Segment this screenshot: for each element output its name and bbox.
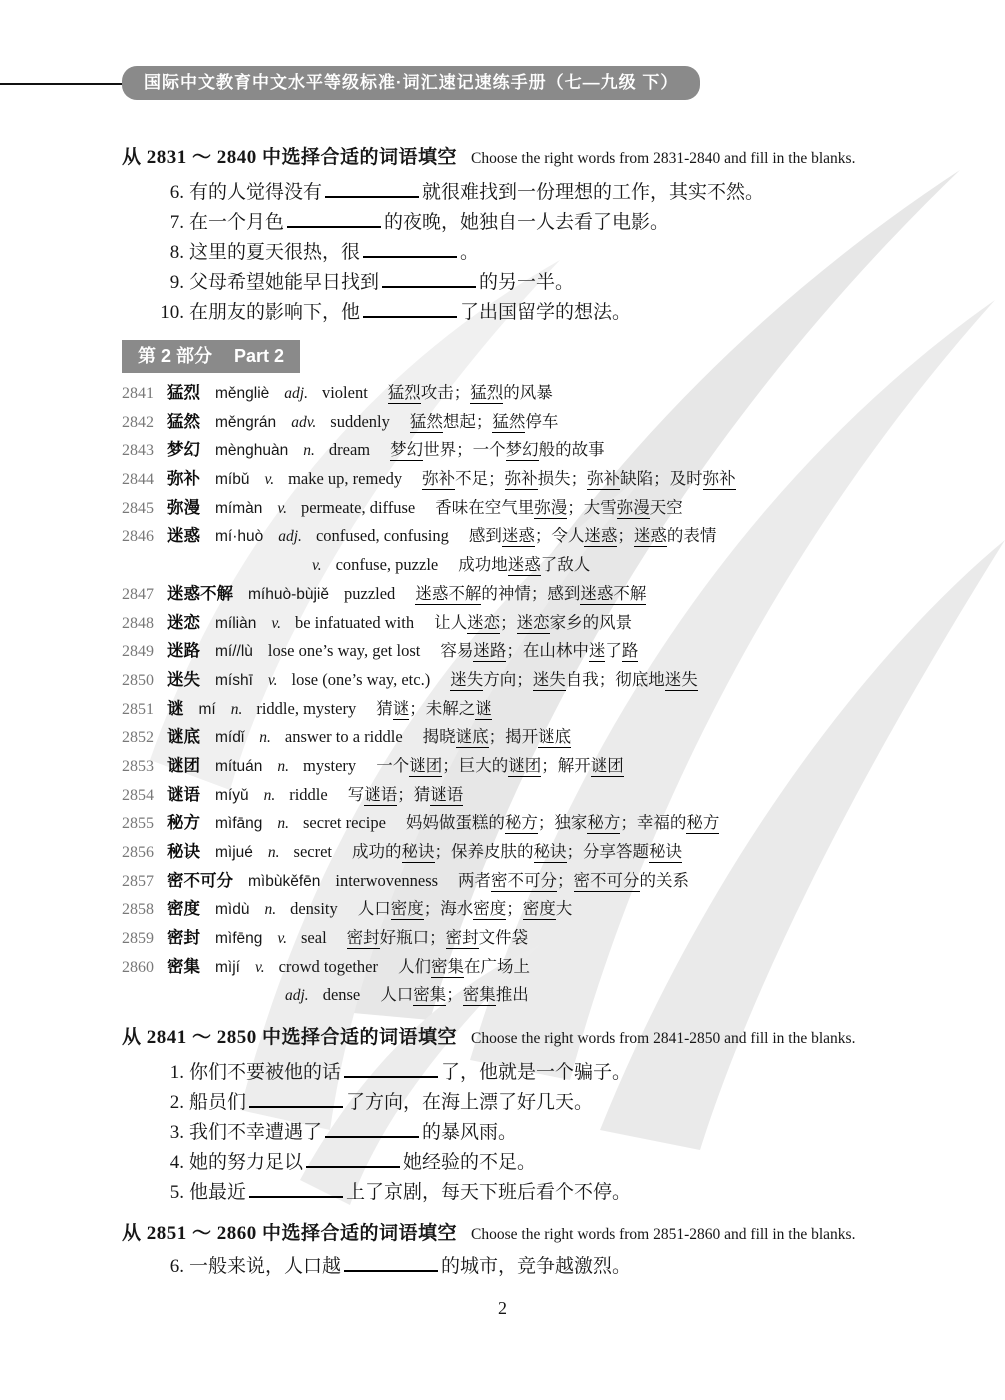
underlined-headword: 迷恋 <box>467 613 500 634</box>
entry-number: 2845 <box>122 500 154 517</box>
entry-english: answer to a riddle <box>285 727 403 746</box>
entry-headword: 猛然 <box>167 413 200 431</box>
entry-pos: v. <box>277 930 287 947</box>
entry-number: 2846 <box>122 528 154 545</box>
entry-english: be infatuated with <box>295 613 414 632</box>
entry-number: 2844 <box>122 471 154 488</box>
underlined-headword: 秘诀 <box>649 842 682 863</box>
underlined-headword: 谜底 <box>538 727 571 748</box>
exercise1-items: 6.有的人觉得没有就很难找到一份理想的工作，其实不然。7.在一个月色的夜晚，她独… <box>122 178 952 328</box>
entry-examples: 成功的秘诀；保养皮肤的秘诀；分享答题秘诀 <box>352 842 682 863</box>
entry-pinyin: mídǐ <box>215 729 244 746</box>
exercise-item: 2.船员们了方向，在海上漂了好几天。 <box>122 1088 952 1118</box>
entry-pinyin: míyǔ <box>215 787 249 804</box>
underlined-headword: 迷惑 <box>634 526 667 547</box>
entry-english: secret <box>294 842 332 861</box>
entry-headword: 密不可分 <box>167 872 233 890</box>
entry-examples: 弥补不足；弥补损失；弥补缺陷；及时弥补 <box>422 469 736 490</box>
entry-pinyin: míliàn <box>215 615 256 632</box>
entry-headword: 梦幻 <box>167 441 200 459</box>
vocab-row: 2855秘方mìfāngn.secret recipe妈妈做蛋糕的秘方；独家秘方… <box>122 809 992 838</box>
answer-blank <box>344 1062 438 1078</box>
entry-headword: 弥漫 <box>167 499 200 517</box>
entry-english: puzzled <box>344 584 395 603</box>
entry-examples: 写谜语；猜谜语 <box>348 785 464 806</box>
exercise-item-text: 你们不要被他的话了，他就是一个骗子。 <box>189 1062 631 1083</box>
entry-pos: adj. <box>284 385 308 402</box>
entry-examples: 让人迷恋；迷恋家乡的风景 <box>434 613 632 634</box>
entry-number: 2857 <box>122 873 154 890</box>
entry-headword: 迷恋 <box>167 614 200 632</box>
exercise-item-number: 10. <box>122 298 184 328</box>
underlined-headword: 密不可分 <box>491 871 557 892</box>
underlined-headword: 猛然 <box>492 412 525 433</box>
entry-pinyin: měngrán <box>215 414 276 431</box>
underlined-headword: 密不可分 <box>574 871 640 892</box>
underlined-headword: 梦幻 <box>390 440 423 461</box>
entry-examples: 人们密集在广场上 <box>398 957 530 978</box>
entry-pinyin: mímàn <box>215 500 262 517</box>
entry-pinyin: míbǔ <box>215 471 249 488</box>
entry-headword: 密集 <box>167 958 200 976</box>
exercise-item: 9.父母希望她能早日找到的另一半。 <box>122 268 952 298</box>
underlined-headword: 密封 <box>347 928 380 949</box>
entry-pinyin: měngliè <box>215 385 269 402</box>
entry-pinyin: mí//lù <box>215 643 253 660</box>
underlined-headword: 谜语 <box>430 785 463 806</box>
entry-examples: 梦幻世界；一个梦幻般的故事 <box>390 440 605 461</box>
entry-number: 2847 <box>122 586 154 603</box>
entry-headword: 迷失 <box>167 671 200 689</box>
answer-blank <box>249 1092 343 1108</box>
exercise-item-number: 6. <box>122 178 184 208</box>
entry-pos: n. <box>277 815 289 832</box>
entry-examples: 感到迷惑；令人迷惑；迷惑的表情 <box>469 526 717 547</box>
exercise-item: 5.他最近上了京剧，每天下班后看个不停。 <box>122 1178 952 1208</box>
exercise-item-text: 他最近上了京剧，每天下班后看个不停。 <box>189 1182 631 1203</box>
entry-number: 2852 <box>122 729 154 746</box>
entry-examples: 人口密集；密集推出 <box>380 985 529 1006</box>
underlined-headword: 密度 <box>523 899 556 920</box>
exercise-item: 1.你们不要被他的话了，他就是一个骗子。 <box>122 1058 952 1088</box>
entry-english: lose (one’s way, etc.) <box>292 670 431 689</box>
entry-pos: v. <box>312 557 322 574</box>
exercise-item-text: 有的人觉得没有就很难找到一份理想的工作，其实不然。 <box>189 182 764 203</box>
entry-pinyin: mènghuàn <box>215 442 288 459</box>
entry-pos: n. <box>264 787 276 804</box>
exercise-item-number: 4. <box>122 1148 184 1178</box>
vocab-row: 2845弥漫mímànv.permeate, diffuse香味在空气里弥漫；大… <box>122 494 992 523</box>
underlined-headword: 密集 <box>413 985 446 1006</box>
vocab-row: 2860密集mìjív.crowd together人们密集在广场上 <box>122 953 992 982</box>
entry-examples: 揭晓谜底；揭开谜底 <box>423 727 572 748</box>
entry-pos: adj. <box>285 987 309 1004</box>
entry-pos: v. <box>255 959 265 976</box>
part2-banner: 第 2 部分Part 2 <box>122 340 300 373</box>
entry-examples: 密封好瓶口；密封文件袋 <box>347 928 529 949</box>
underlined-headword: 路 <box>622 641 639 662</box>
entry-number: 2853 <box>122 758 154 775</box>
underlined-headword: 猛烈 <box>470 383 503 404</box>
vocab-row: 2851谜mín.riddle, mystery猜谜；未解之谜 <box>122 695 992 724</box>
exercise-item-text: 在一个月色的夜晚，她独自一人去看了电影。 <box>189 212 669 233</box>
exercise-item-text: 在朋友的影响下，他了出国留学的想法。 <box>189 302 631 323</box>
entry-pinyin: míshī <box>215 672 253 689</box>
exercise-item-number: 8. <box>122 238 184 268</box>
entry-english: crowd together <box>279 957 378 976</box>
exercise-item-text: 船员们了方向，在海上漂了好几天。 <box>189 1092 593 1113</box>
entry-english: seal <box>301 928 327 947</box>
entry-english: make up, remedy <box>288 469 402 488</box>
entry-examples: 人口密度；海水密度；密度大 <box>358 899 573 920</box>
entry-pos: adv. <box>291 414 316 431</box>
entry-english: dense <box>323 985 361 1004</box>
underlined-headword: 密集 <box>431 957 464 978</box>
underlined-headword: 谜团 <box>591 756 624 777</box>
entry-headword: 弥补 <box>167 470 200 488</box>
entry-english: secret recipe <box>303 813 386 832</box>
exercise2-heading: 从 2841 ～ 2850 中选择合适的词语填空Choose the right… <box>122 1022 855 1049</box>
exercise-item-number: 7. <box>122 208 184 238</box>
exercise-item-number: 2. <box>122 1088 184 1118</box>
exercise-item-number: 6. <box>122 1252 184 1282</box>
entry-examples: 一个谜团；巨大的谜团；解开谜团 <box>376 756 624 777</box>
exercise-item-number: 9. <box>122 268 184 298</box>
vocab-row: 2843梦幻mènghuànn.dream梦幻世界；一个梦幻般的故事 <box>122 436 992 465</box>
entry-number: 2850 <box>122 672 154 689</box>
underlined-headword: 谜团 <box>409 756 442 777</box>
part2-label-en: Part 2 <box>234 346 284 366</box>
entry-english: violent <box>322 383 368 402</box>
answer-blank <box>382 272 476 288</box>
underlined-headword: 迷路 <box>473 641 506 662</box>
underlined-headword: 秘诀 <box>534 842 567 863</box>
entry-pinyin: mìjí <box>215 959 240 976</box>
entry-pinyin: mìjué <box>215 844 253 861</box>
vocab-row: 2858密度mìdùn.density人口密度；海水密度；密度大 <box>122 895 992 924</box>
vocab-row: v.confuse, puzzle成功地迷惑了敌人 <box>122 551 992 580</box>
entry-number: 2841 <box>122 385 154 402</box>
entry-number: 2856 <box>122 844 154 861</box>
exercise-item-number: 5. <box>122 1178 184 1208</box>
exercise3-heading-en: Choose the right words from 2851-2860 an… <box>471 1226 855 1243</box>
exercise1-heading-en: Choose the right words from 2831-2840 an… <box>471 150 855 167</box>
vocab-row: 2841猛烈měnglièadj.violent猛烈攻击；猛烈的风暴 <box>122 379 992 408</box>
underlined-headword: 谜 <box>475 699 492 720</box>
entry-english: interwovenness <box>335 871 438 890</box>
underlined-headword: 迷惑 <box>508 555 541 576</box>
entry-pos: v. <box>277 500 287 517</box>
underlined-headword: 梦幻 <box>506 440 539 461</box>
entry-pinyin: míhuò-bùjiě <box>248 586 329 603</box>
entry-number: 2851 <box>122 701 154 718</box>
entry-examples: 猛然想起；猛然停车 <box>410 412 559 433</box>
entry-number: 2860 <box>122 959 154 976</box>
exercise-item-text: 我们不幸遭遇了的暴风雨。 <box>189 1122 517 1143</box>
entry-english: confused, confusing <box>316 526 449 545</box>
exercise-item-number: 1. <box>122 1058 184 1088</box>
entry-headword: 谜语 <box>167 786 200 804</box>
entry-pos: n. <box>264 901 276 918</box>
underlined-headword: 迷失 <box>665 670 698 691</box>
underlined-headword: 密集 <box>463 985 496 1006</box>
underlined-headword: 猛然 <box>410 412 443 433</box>
underlined-headword: 谜底 <box>456 727 489 748</box>
entry-pos: n. <box>268 844 280 861</box>
entry-number: 2858 <box>122 901 154 918</box>
entry-headword: 迷惑 <box>167 527 200 545</box>
entry-examples: 两者密不可分；密不可分的关系 <box>458 871 689 892</box>
entry-number: 2843 <box>122 442 154 459</box>
entry-english: dream <box>329 440 370 459</box>
answer-blank <box>344 1256 438 1272</box>
entry-english: mystery <box>303 756 356 775</box>
entry-examples: 成功地迷惑了敌人 <box>458 555 590 576</box>
vocab-row: 2849迷路mí//lùlose one’s way, get lost容易迷路… <box>122 637 992 666</box>
entry-pos: n. <box>303 442 315 459</box>
exercise2-heading-en: Choose the right words from 2841-2850 an… <box>471 1030 855 1047</box>
vocab-row: 2847迷惑不解míhuò-bùjiěpuzzled迷惑不解的神情；感到迷惑不解 <box>122 580 992 609</box>
entry-english: riddle, mystery <box>256 699 356 718</box>
vocab-row: 2854谜语míyǔn.riddle写谜语；猜谜语 <box>122 781 992 810</box>
entry-examples: 香味在空气里弥漫；大雪弥漫天空 <box>435 498 683 519</box>
exercise1-heading-zh: 从 2831 ～ 2840 中选择合适的词语填空 <box>122 147 457 168</box>
entry-number: 2849 <box>122 643 154 660</box>
vocab-row: 2844弥补míbǔv.make up, remedy弥补不足；弥补损失；弥补缺… <box>122 465 992 494</box>
entry-headword: 猛烈 <box>167 384 200 402</box>
answer-blank <box>306 1152 400 1168</box>
entry-headword: 密封 <box>167 929 200 947</box>
exercise-item: 7.在一个月色的夜晚，她独自一人去看了电影。 <box>122 208 952 238</box>
entry-number: 2859 <box>122 930 154 947</box>
exercise-item-text: 一般来说，人口越的城市，竞争越激烈。 <box>189 1256 631 1277</box>
vocab-row: adj.dense人口密集；密集推出 <box>122 981 992 1010</box>
entry-english: permeate, diffuse <box>301 498 415 517</box>
entry-examples: 迷惑不解的神情；感到迷惑不解 <box>415 584 646 605</box>
entry-examples: 迷失方向；迷失自我；彻底地迷失 <box>450 670 698 691</box>
underlined-headword: 秘方 <box>505 813 538 834</box>
underlined-headword: 迷惑不解 <box>415 584 481 605</box>
entry-english: riddle <box>289 785 328 804</box>
exercise3-heading: 从 2851 ～ 2860 中选择合适的词语填空Choose the right… <box>122 1218 855 1245</box>
vocab-row: 2852谜底mídǐn.answer to a riddle揭晓谜底；揭开谜底 <box>122 723 992 752</box>
vocab-row: 2857密不可分mìbùkěfēninterwovenness两者密不可分；密不… <box>122 867 992 896</box>
entry-pos: v. <box>271 615 281 632</box>
underlined-headword: 秘方 <box>587 813 620 834</box>
underlined-headword: 弥补 <box>587 469 620 490</box>
header-rule-line <box>0 83 124 85</box>
entry-english: confuse, puzzle <box>336 555 439 574</box>
entry-pinyin: mìdù <box>215 901 249 918</box>
entry-headword: 密度 <box>167 900 200 918</box>
entry-number: 2854 <box>122 787 154 804</box>
exercise-item: 6.有的人觉得没有就很难找到一份理想的工作，其实不然。 <box>122 178 952 208</box>
exercise2-heading-zh: 从 2841 ～ 2850 中选择合适的词语填空 <box>122 1027 457 1048</box>
answer-blank <box>249 1182 343 1198</box>
exercise-item-text: 这里的夏天很热，很。 <box>189 242 479 263</box>
underlined-headword: 迷失 <box>533 670 566 691</box>
exercise3-items: 6.一般来说，人口越的城市，竞争越激烈。 <box>122 1252 952 1282</box>
exercise-item: 10.在朋友的影响下，他了出国留学的想法。 <box>122 298 952 328</box>
vocab-list: 2841猛烈měnglièadj.violent猛烈攻击；猛烈的风暴2842猛然… <box>122 379 992 1010</box>
entry-pos: v. <box>264 471 274 488</box>
underlined-headword: 秘诀 <box>402 842 435 863</box>
entry-pos: v. <box>268 672 278 689</box>
vocab-row: 2848迷恋míliànv.be infatuated with让人迷恋；迷恋家… <box>122 609 992 638</box>
answer-blank <box>325 1122 419 1138</box>
entry-examples: 猜谜；未解之谜 <box>376 699 492 720</box>
entry-examples: 妈妈做蛋糕的秘方；独家秘方；幸福的秘方 <box>406 813 720 834</box>
underlined-headword: 谜语 <box>364 785 397 806</box>
book-title: 国际中文教育中文水平等级标准·词汇速记速练手册（七—九级 下） <box>144 73 678 92</box>
underlined-headword: 密度 <box>391 899 424 920</box>
part2-label-zh: 第 2 部分 <box>138 346 212 366</box>
underlined-headword: 迷惑 <box>502 526 535 547</box>
underlined-headword: 弥漫 <box>534 498 567 519</box>
entry-pinyin: mìfēng <box>215 930 262 947</box>
entry-pinyin: mìbùkěfēn <box>248 873 320 890</box>
entry-english: lose one’s way, get lost <box>268 641 420 660</box>
entry-pinyin: mìfāng <box>215 815 262 832</box>
page-number: 2 <box>0 1298 1005 1319</box>
underlined-headword: 弥漫 <box>617 498 650 519</box>
entry-english: density <box>290 899 338 918</box>
exercise-item: 3.我们不幸遭遇了的暴风雨。 <box>122 1118 952 1148</box>
underlined-headword: 谜团 <box>508 756 541 777</box>
exercise-item-text: 父母希望她能早日找到的另一半。 <box>189 272 574 293</box>
underlined-headword: 迷恋 <box>517 613 550 634</box>
underlined-headword: 秘方 <box>686 813 719 834</box>
exercise-item: 4.她的努力足以她经验的不足。 <box>122 1148 952 1178</box>
vocab-row: 2853谜团mítuánn.mystery一个谜团；巨大的谜团；解开谜团 <box>122 752 992 781</box>
underlined-headword: 迷惑 <box>584 526 617 547</box>
vocab-row: 2850迷失míshīv.lose (one’s way, etc.)迷失方向；… <box>122 666 992 695</box>
exercise2-items: 1.你们不要被他的话了，他就是一个骗子。2.船员们了方向，在海上漂了好几天。3.… <box>122 1058 952 1208</box>
entry-pos: n. <box>231 701 243 718</box>
entry-pos: n. <box>259 729 271 746</box>
entry-number: 2848 <box>122 615 154 632</box>
entry-headword: 谜团 <box>167 757 200 775</box>
entry-examples: 容易迷路；在山林中迷了路 <box>440 641 638 662</box>
entry-headword: 迷惑不解 <box>167 585 233 603</box>
entry-headword: 秘方 <box>167 814 200 832</box>
entry-headword: 秘诀 <box>167 843 200 861</box>
vocab-row: 2842猛然měngránadv.suddenly猛然想起；猛然停车 <box>122 408 992 437</box>
exercise-item-number: 3. <box>122 1118 184 1148</box>
answer-blank <box>363 302 457 318</box>
underlined-headword: 迷 <box>589 641 606 662</box>
answer-blank <box>363 242 457 258</box>
entry-headword: 谜 <box>167 700 184 718</box>
running-header: 国际中文教育中文水平等级标准·词汇速记速练手册（七—九级 下） <box>122 66 700 100</box>
entry-english: suddenly <box>330 412 390 431</box>
underlined-headword: 迷失 <box>450 670 483 691</box>
underlined-headword: 弥补 <box>505 469 538 490</box>
exercise-item-text: 她的努力足以她经验的不足。 <box>189 1152 536 1173</box>
entry-pos: n. <box>277 758 289 775</box>
entry-pinyin: mítuán <box>215 758 262 775</box>
underlined-headword: 猛烈 <box>388 383 421 404</box>
entry-number: 2855 <box>122 815 154 832</box>
vocab-row: 2846迷惑mí·huòadj.confused, confusing感到迷惑；… <box>122 522 992 551</box>
entry-headword: 谜底 <box>167 728 200 746</box>
entry-pos: adj. <box>278 528 302 545</box>
exercise-item: 8.这里的夏天很热，很。 <box>122 238 952 268</box>
underlined-headword: 谜 <box>393 699 410 720</box>
underlined-headword: 弥补 <box>422 469 455 490</box>
page: 国际中文教育中文水平等级标准·词汇速记速练手册（七—九级 下） 从 2831 ～… <box>0 0 1005 1400</box>
answer-blank <box>287 212 381 228</box>
exercise3-heading-zh: 从 2851 ～ 2860 中选择合适的词语填空 <box>122 1223 457 1244</box>
exercise-item: 6.一般来说，人口越的城市，竞争越激烈。 <box>122 1252 952 1282</box>
underlined-headword: 弥补 <box>703 469 736 490</box>
exercise1-heading: 从 2831 ～ 2840 中选择合适的词语填空Choose the right… <box>122 142 855 169</box>
entry-number: 2842 <box>122 414 154 431</box>
underlined-headword: 密封 <box>446 928 479 949</box>
entry-examples: 猛烈攻击；猛烈的风暴 <box>388 383 553 404</box>
underlined-headword: 迷惑不解 <box>580 584 646 605</box>
entry-headword: 迷路 <box>167 642 200 660</box>
underlined-headword: 密度 <box>473 899 506 920</box>
answer-blank <box>325 182 419 198</box>
vocab-row: 2859密封mìfēngv.seal密封好瓶口；密封文件袋 <box>122 924 992 953</box>
entry-pinyin: mí·huò <box>215 528 263 545</box>
vocab-row: 2856秘诀mìjuén.secret成功的秘诀；保养皮肤的秘诀；分享答题秘诀 <box>122 838 992 867</box>
entry-pinyin: mí <box>199 701 216 718</box>
